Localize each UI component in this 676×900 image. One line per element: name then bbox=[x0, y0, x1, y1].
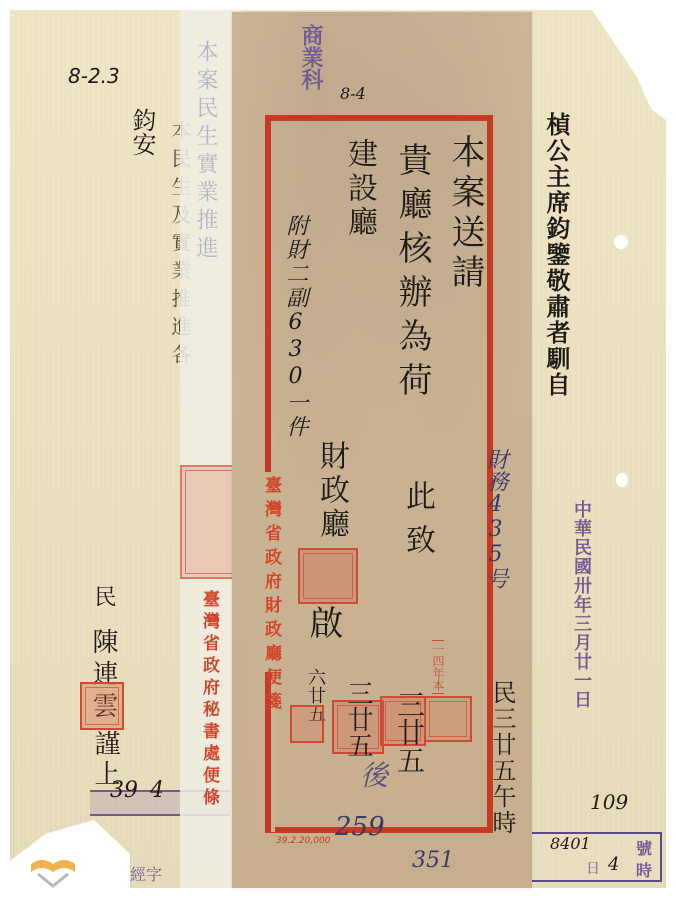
secretary-memo-header: 臺灣省政府秘書處便條 bbox=[200, 590, 217, 810]
receipt-number: 8401 bbox=[550, 834, 591, 853]
receipt-date-stamp: 中華民國卅年三月廿一日 bbox=[572, 500, 590, 709]
sender: 財政廳 bbox=[316, 440, 346, 542]
finance-memo-header: 臺灣省政府財政廳便箋 bbox=[262, 476, 279, 716]
top-note: 8-4 bbox=[340, 84, 366, 103]
date-main: 三廿五 bbox=[345, 680, 371, 758]
body-line: 建設廳 bbox=[344, 138, 374, 240]
archive-book-icon bbox=[28, 850, 78, 890]
bottom-note: 351 bbox=[412, 848, 454, 873]
print-code: 39.2.20,000 bbox=[276, 836, 330, 846]
date-main-repeat: 三廿五 bbox=[395, 690, 423, 774]
day-value: 4 bbox=[608, 854, 619, 875]
personal-seal bbox=[80, 682, 124, 730]
addressee-column: 楨公主席鈞鑒敬肅者馴自 bbox=[544, 112, 568, 398]
time-label: 時 bbox=[636, 858, 652, 881]
bottom-note: 259 bbox=[335, 812, 385, 842]
official-seal bbox=[298, 548, 358, 604]
bottom-stamp-text: 經字 bbox=[130, 862, 162, 885]
reference-number: 8-2.3 bbox=[68, 64, 120, 88]
pencil-glyph: 後 bbox=[360, 754, 388, 794]
right-margin-note: 民三廿五午時 bbox=[490, 680, 514, 836]
frame-segment bbox=[265, 432, 271, 472]
punch-hole bbox=[614, 235, 628, 249]
receipt-box-stamp: 8401 號 日 4 時 bbox=[530, 832, 662, 882]
number-label: 號 bbox=[636, 836, 652, 859]
closing-phrase: 鈞安 bbox=[130, 108, 154, 156]
small-red-stamp: 一四年本 bbox=[432, 640, 444, 694]
day-label: 日 bbox=[586, 858, 600, 878]
department-stamp: 商業科 bbox=[300, 24, 322, 90]
handwritten-number: 39 bbox=[110, 778, 138, 803]
body-line: 本案送請 bbox=[448, 134, 482, 294]
body-line: 貴廳核辦為荷 bbox=[395, 142, 429, 406]
sender-suffix: 啟 bbox=[306, 605, 340, 639]
approval-seal bbox=[424, 696, 472, 742]
handwritten-number: 109 bbox=[590, 790, 628, 814]
handwritten-number: 4 bbox=[150, 778, 164, 803]
small-seal bbox=[290, 705, 324, 743]
faded-seal bbox=[180, 465, 240, 579]
punch-hole bbox=[616, 473, 628, 487]
signature-prefix: 民 bbox=[92, 585, 114, 607]
attachment-note: 附財二副630一件 bbox=[284, 214, 306, 439]
closing-phrase: 此致 bbox=[402, 480, 432, 568]
pencil-note: 財務435号 bbox=[484, 448, 506, 589]
